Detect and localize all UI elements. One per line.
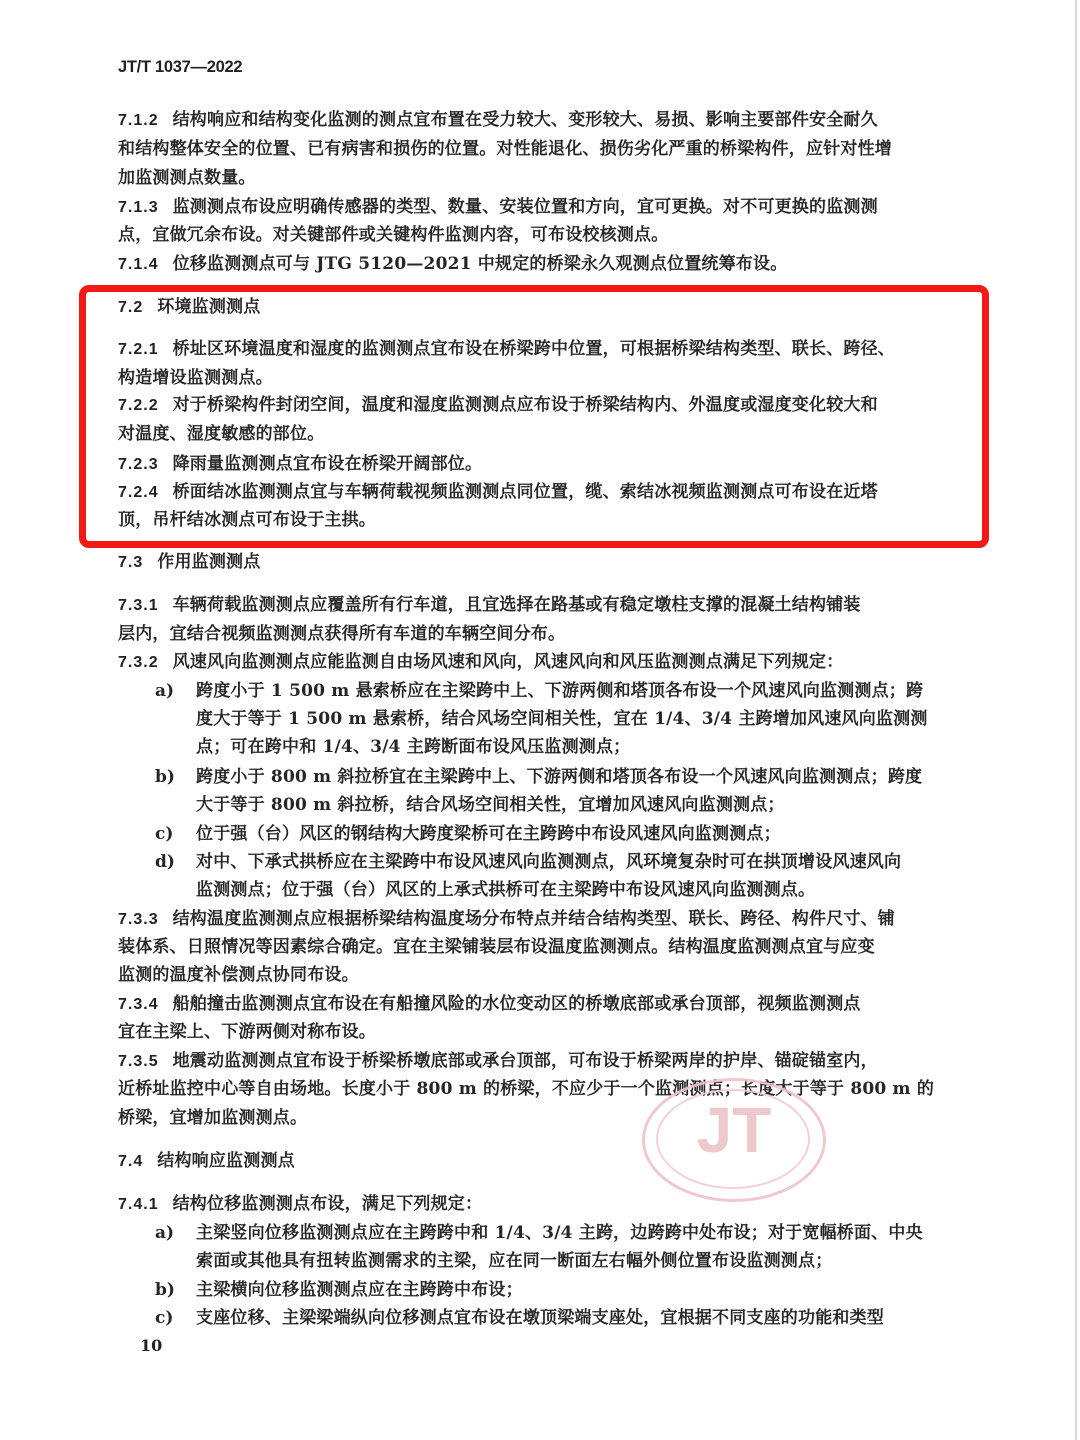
text-line: 桥梁，宜增加监测测点。 (118, 1105, 958, 1131)
list-item-label: b) (155, 764, 175, 790)
clause-text: 风速风向监测测点应能监测自由场风速和风向，风速风向和风压监测测点满足下列规定： (173, 652, 844, 672)
stamp-jt-logo-icon: JT (645, 1095, 823, 1165)
clause-number: 7.4.1 (118, 1192, 159, 1217)
list-item-label: c) (155, 1305, 173, 1331)
clause-text: 索面或其他具有扭转监测需求的主梁，应在同一断面左右幅外侧位置布设监测测点； (196, 1251, 832, 1271)
list-item-label: b) (155, 1277, 175, 1303)
clause-text: 跨度小于 800 m 斜拉桥宜在主梁跨中上、下游两侧和塔顶各布设一个风速风向监测… (196, 767, 922, 787)
list-item-label: c) (155, 821, 173, 847)
text-line: 7.1.3监测测点布设应明确传感器的类型、数量、安装位置和方向，宜可更换。对不可… (118, 194, 958, 220)
jt-watermark-stamp: JT (642, 1078, 826, 1202)
text-line: 7.1.2结构响应和结构变化监测的测点宜布置在受力较大、变形较大、易损、影响主要… (118, 107, 958, 133)
highlight-box-section-7-2 (79, 285, 989, 548)
text-line: 7.3.1车辆荷载监测测点应覆盖所有行车道，且宜选择在路基或有稳定墩柱支撑的混凝… (118, 592, 958, 618)
clause-text: 监测的温度补偿测点协同布设。 (118, 965, 359, 985)
clause-text: 点，宜做冗余布设。对关键部件或关键构件监测内容，可布设校核测点。 (118, 225, 668, 245)
clause-text: 船舶撞击监测测点宜布设在有船撞风险的水位变动区的桥墩底部或承台顶部，视频监测测点 (173, 994, 861, 1014)
clause-number: 7.3.3 (118, 907, 159, 932)
list-item-line: 对中、下承式拱桥应在主梁跨中布设风速风向监测测点，风环境复杂时可在拱顶增设风速风… (196, 849, 958, 875)
list-item-line: 跨度小于 800 m 斜拉桥宜在主梁跨中上、下游两侧和塔顶各布设一个风速风向监测… (196, 764, 958, 790)
page-edge-divider (1075, 0, 1077, 1440)
clause-text: 大于等于 800 m 斜拉桥，结合风场空间相关性，宜增加风速风向监测测点； (196, 795, 785, 815)
clause-number: 7.3.4 (118, 992, 159, 1017)
clause-text: 主梁横向位移监测测点应在主跨跨中布设； (196, 1280, 523, 1300)
clause-text: 监测测点布设应明确传感器的类型、数量、安装位置和方向，宜可更换。对不可更换的监测… (173, 197, 878, 217)
clause-text: 和结构整体安全的位置、已有病害和损伤的位置。对性能退化、损伤劣化严重的桥梁构件，… (118, 139, 892, 159)
standard-code-header: JT/T 1037—2022 (118, 58, 242, 77)
section-heading-text: 结构响应监测测点 (157, 1151, 295, 1171)
clause-number: 7.4 (118, 1149, 143, 1174)
list-item-line: 大于等于 800 m 斜拉桥，结合风场空间相关性，宜增加风速风向监测测点； (196, 792, 958, 818)
list-item-line: 位于强（台）风区的钢结构大跨度梁桥可在主跨跨中布设风速风向监测测点； (196, 821, 958, 847)
clause-text: 结构温度监测测点应根据桥梁结构温度场分布特点并结合结构类型、联长、跨径、构件尺寸… (173, 909, 895, 929)
list-item-label: d) (155, 849, 175, 875)
list-item-line: 跨度小于 1 500 m 悬索桥应在主梁跨中上、下游两侧和塔顶各布设一个风速风向… (196, 678, 958, 704)
section-heading-7-3: 7.3作用监测测点 (118, 549, 958, 575)
text-line: 7.4.1结构位移监测测点布设，满足下列规定： (118, 1191, 958, 1217)
clause-text: 度大于等于 1 500 m 悬索桥，结合风场空间相关性，宜在 1/4、3/4 主… (196, 709, 928, 729)
text-line: 7.3.5地震动监测测点宜布设于桥梁桥墩底部或承台顶部，可布设于桥梁两岸的护岸、… (118, 1048, 958, 1074)
clause-text: 结构响应和结构变化监测的测点宜布置在受力较大、变形较大、易损、影响主要部件安全耐… (173, 110, 878, 130)
clause-number: 7.3.5 (118, 1049, 159, 1074)
clause-text: 地震动监测测点宜布设于桥梁桥墩底部或承台顶部，可布设于桥梁两岸的护岸、锚碇锚室内… (173, 1051, 878, 1071)
list-item-line: 度大于等于 1 500 m 悬索桥，结合风场空间相关性，宜在 1/4、3/4 主… (196, 706, 958, 732)
clause-text: 结构位移监测测点布设，满足下列规定： (173, 1194, 483, 1214)
list-item-label: a) (155, 1220, 174, 1246)
list-item-line: 监测测点；位于强（台）风区的上承式拱桥可在主梁跨中布设风速风向监测测点。 (196, 877, 958, 903)
clause-number: 7.3.1 (118, 593, 159, 618)
clause-text: 加监测测点数量。 (118, 168, 256, 188)
clause-text: 层内，宜结合视频监测测点获得所有车道的车辆空间分布。 (118, 624, 565, 644)
list-item-line: 点；可在跨中和 1/4、3/4 主跨断面布设风压监测测点； (196, 734, 958, 760)
section-heading-text: 作用监测测点 (157, 552, 260, 572)
text-line: 7.3.4船舶撞击监测测点宜布设在有船撞风险的水位变动区的桥墩底部或承台顶部，视… (118, 991, 958, 1017)
clause-number: 7.1.3 (118, 195, 159, 220)
clause-text: 支座位移、主梁梁端纵向位移测点宜布设在墩顶梁端支座处，宜根据不同支座的功能和类型 (196, 1308, 884, 1328)
text-line: 和结构整体安全的位置、已有病害和损伤的位置。对性能退化、损伤劣化严重的桥梁构件，… (118, 136, 958, 162)
text-line: 7.3.2风速风向监测测点应能监测自由场风速和风向，风速风向和风压监测测点满足下… (118, 649, 958, 675)
section-heading-7-4: 7.4结构响应监测测点 (118, 1148, 958, 1174)
text-line: 宜在主梁上、下游两侧对称布设。 (118, 1019, 958, 1045)
text-line: 层内，宜结合视频监测测点获得所有车道的车辆空间分布。 (118, 621, 958, 647)
clause-number: 7.1.4 (118, 252, 159, 277)
clause-text: 跨度小于 1 500 m 悬索桥应在主梁跨中上、下游两侧和塔顶各布设一个风速风向… (196, 681, 923, 701)
clause-text: 车辆荷载监测测点应覆盖所有行车道，且宜选择在路基或有稳定墩柱支撑的混凝土结构铺装 (173, 595, 861, 615)
clause-text: 点；可在跨中和 1/4、3/4 主跨断面布设风压监测测点； (196, 737, 630, 757)
clause-text: 装体系、日照情况等因素综合确定。宜在主梁铺装层布设温度监测测点。结构温度监测测点… (118, 937, 875, 957)
clause-text: 桥梁，宜增加监测测点。 (118, 1108, 307, 1128)
text-line: 加监测测点数量。 (118, 165, 958, 191)
text-line: 近桥址监控中心等自由场地。长度小于 800 m 的桥梁，不应少于一个监测测点；长… (118, 1076, 958, 1102)
clause-number: 7.3.2 (118, 650, 159, 675)
list-item-line: 索面或其他具有扭转监测需求的主梁，应在同一断面左右幅外侧位置布设监测测点； (196, 1248, 958, 1274)
list-item-label: a) (155, 678, 174, 704)
text-line: 装体系、日照情况等因素综合确定。宜在主梁铺装层布设温度监测测点。结构温度监测测点… (118, 934, 958, 960)
clause-text: 主梁竖向位移监测测点应在主跨跨中和 1/4、3/4 主跨，边跨跨中处布设；对于宽… (196, 1223, 923, 1243)
text-line: 监测的温度补偿测点协同布设。 (118, 962, 958, 988)
clause-text: 位于强（台）风区的钢结构大跨度梁桥可在主跨跨中布设风速风向监测测点； (196, 824, 781, 844)
clause-text: 对中、下承式拱桥应在主梁跨中布设风速风向监测测点，风环境复杂时可在拱顶增设风速风… (196, 852, 901, 872)
text-line: 7.3.3结构温度监测测点应根据桥梁结构温度场分布特点并结合结构类型、联长、跨径… (118, 906, 958, 932)
list-item-line: 主梁横向位移监测测点应在主跨跨中布设； (196, 1277, 958, 1303)
text-line: 7.1.4位移监测测点可与 JTG 5120—2021 中规定的桥梁永久观测点位… (118, 251, 958, 277)
text-line: 点，宜做冗余布设。对关键部件或关键构件监测内容，可布设校核测点。 (118, 222, 958, 248)
clause-text: 监测测点；位于强（台）风区的上承式拱桥可在主梁跨中布设风速风向监测测点。 (196, 880, 815, 900)
clause-number: 7.1.2 (118, 108, 159, 133)
clause-number: 7.3 (118, 550, 143, 575)
clause-text: 宜在主梁上、下游两侧对称布设。 (118, 1022, 376, 1042)
page-number: 10 (140, 1336, 162, 1355)
list-item-line: 支座位移、主梁梁端纵向位移测点宜布设在墩顶梁端支座处，宜根据不同支座的功能和类型 (196, 1305, 958, 1331)
list-item-line: 主梁竖向位移监测测点应在主跨跨中和 1/4、3/4 主跨，边跨跨中处布设；对于宽… (196, 1220, 958, 1246)
clause-text: 位移监测测点可与 JTG 5120—2021 中规定的桥梁永久观测点位置统筹布设… (173, 254, 788, 274)
